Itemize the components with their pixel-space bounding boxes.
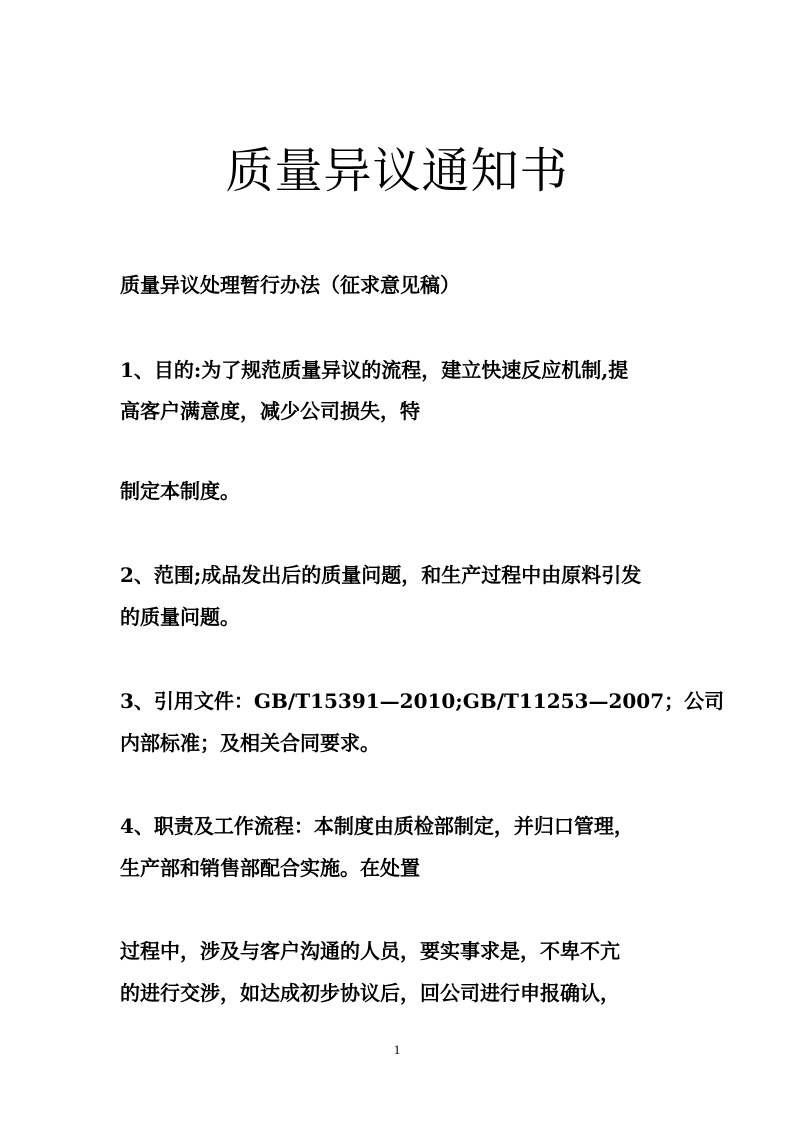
paragraph-line: 4、职责及工作流程：本制度由质检部制定，并归口管理， <box>120 812 634 840</box>
paragraph-line: 制定本制度。 <box>120 477 240 505</box>
paragraph-line: 1、目的:为了规范质量异议的流程，建立快速反应机制,提 <box>120 356 628 384</box>
paragraph-line: 的质量问题。 <box>120 603 240 631</box>
paragraph-line: 内部标准；及相关合同要求。 <box>120 729 380 757</box>
paragraph-line: 的进行交涉，如达成初步协议后，回公司进行申报确认， <box>120 979 620 1007</box>
paragraph-line: 高客户满意度，减少公司损失，特 <box>120 397 420 425</box>
page-title: 质量异议通知书 <box>0 138 794 204</box>
paragraph-line: 生产部和销售部配合实施。在处置 <box>120 854 420 882</box>
document-subtitle: 质量异议处理暂行办法（征求意见稿） <box>120 271 460 299</box>
page-number: 1 <box>0 1042 794 1058</box>
paragraph-line: 3、引用文件：GB/T15391—2010;GB/T11253—2007；公司 <box>120 687 724 715</box>
paragraph-line: 过程中，涉及与客户沟通的人员，要实事求是，不卑不亢 <box>120 937 620 965</box>
paragraph-line: 2、范围;成品发出后的质量问题，和生产过程中由原料引发 <box>120 561 641 589</box>
